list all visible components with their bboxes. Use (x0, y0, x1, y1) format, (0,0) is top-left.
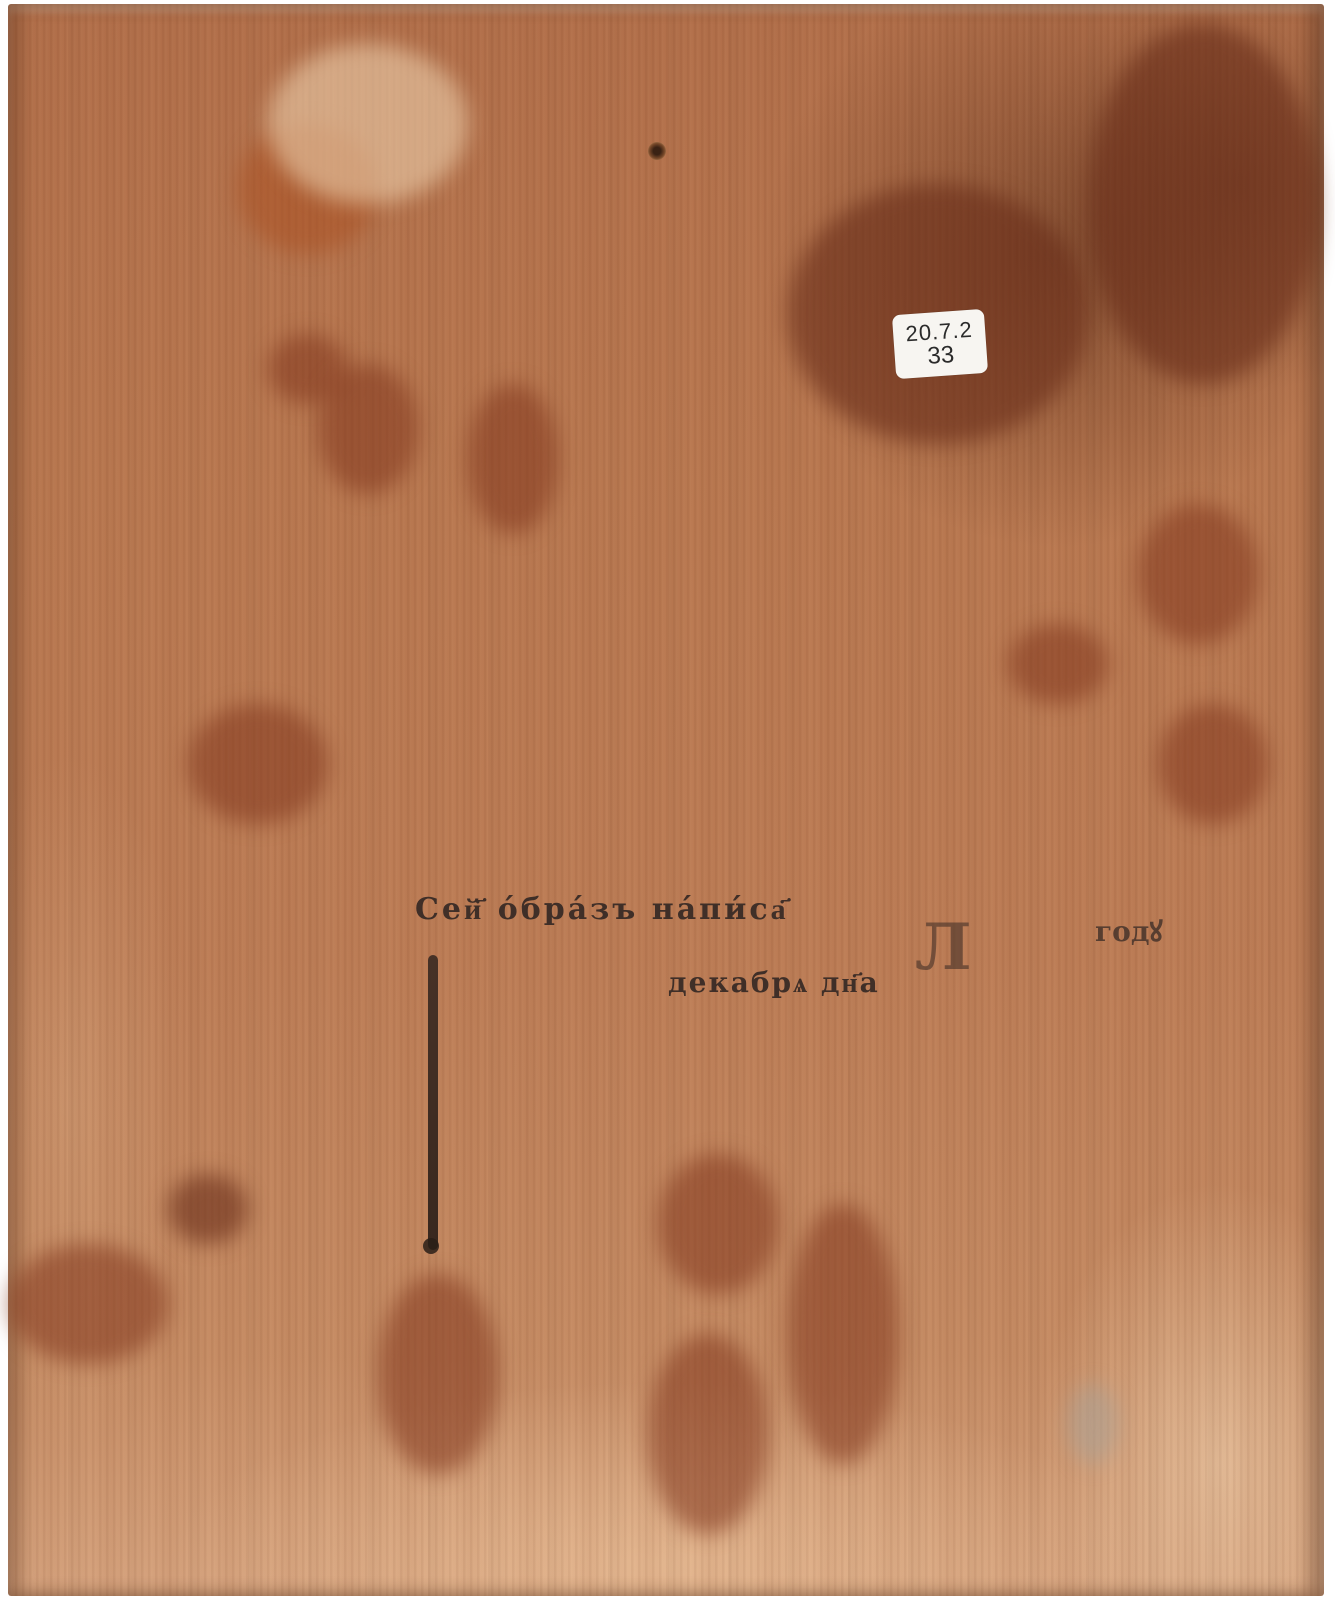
wooden-icon-panel-back (8, 4, 1324, 1596)
ink-vertical-stroke (428, 955, 438, 1250)
wood-stain (658, 1154, 778, 1294)
wood-stain (1008, 624, 1108, 704)
grey-paint-smudge (1068, 1384, 1118, 1464)
inscription-day: дн҃а (821, 966, 880, 999)
wood-stain (188, 704, 328, 824)
pale-wear-mark (268, 44, 468, 204)
wood-stain (468, 384, 558, 534)
inscription-month: декабрѧ (668, 966, 821, 999)
ink-stroke-end (423, 1238, 439, 1254)
inscription-line-2: декабрѧ дн҃а (668, 966, 880, 1000)
inscription-large-letter: Л (915, 910, 972, 985)
wood-stain (648, 1334, 768, 1534)
inscription-line-1-tail: годꙋ (1095, 912, 1163, 950)
wood-stain (168, 1174, 248, 1244)
nail-hole (648, 142, 666, 160)
wood-stain (8, 1244, 168, 1364)
wood-stain (378, 1274, 498, 1474)
wood-stain (1088, 24, 1318, 384)
wood-stain (318, 364, 418, 494)
wood-stain (788, 1204, 898, 1464)
wood-stain (1138, 504, 1258, 644)
inventory-label-sticker: 20.7.2 33 (892, 309, 988, 379)
label-line-2: 33 (927, 342, 955, 369)
inscription-line-1: Сей҃ о́бра́зъ на́пи́са҃ (415, 892, 789, 927)
wood-stain (1158, 704, 1268, 824)
